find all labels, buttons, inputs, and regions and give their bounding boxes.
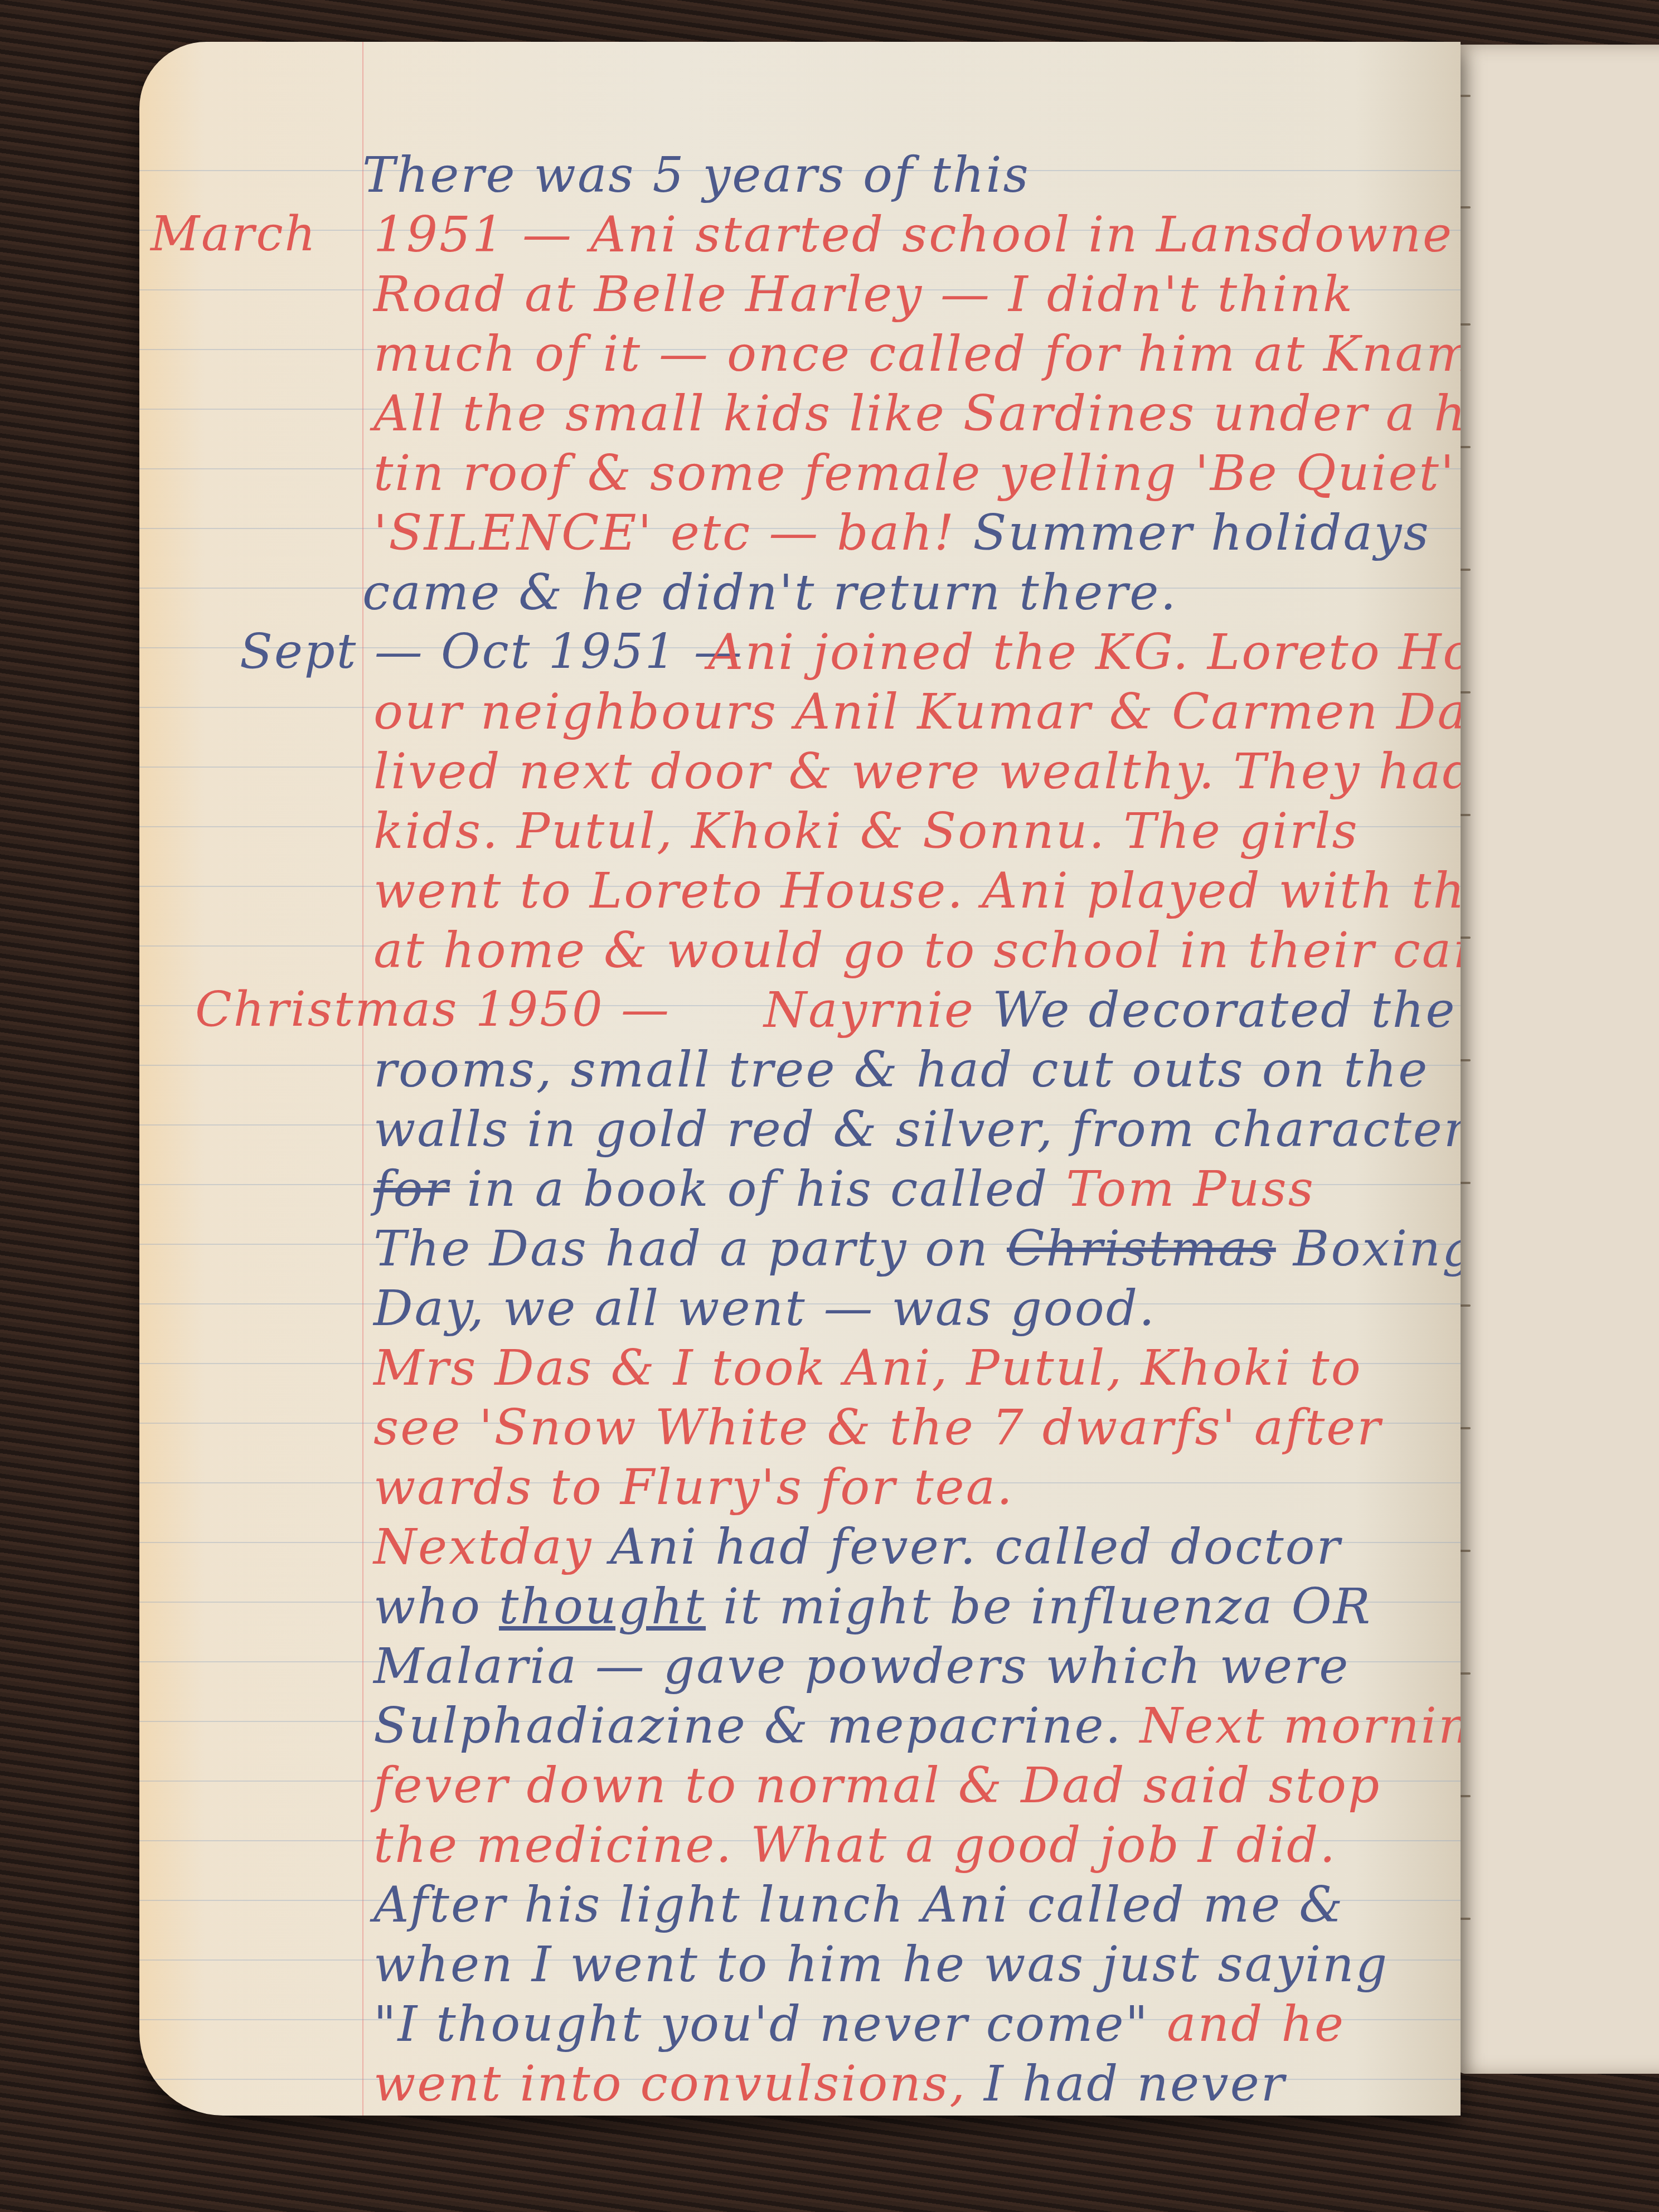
margin-rule: [362, 42, 363, 2116]
text-tail: I had never: [984, 2055, 1286, 2112]
text-content: came & he didn't return there.: [362, 564, 1177, 621]
text-line: came & he didn't return there.: [362, 568, 1177, 617]
text-content: fever down to normal & Dad said stop: [373, 1757, 1381, 1814]
text-line: All the small kids like Sardines under a…: [373, 389, 1461, 438]
text-line: After his light lunch Ani called me &: [373, 1880, 1345, 1929]
text-content: Malaria — gave powders which were: [373, 1637, 1350, 1695]
text-content: walls in gold red & silver, from charact…: [373, 1100, 1461, 1158]
struck-word: Christmas: [1007, 1220, 1276, 1277]
text-line: 'SILENCE' etc — bah! Summer holidays: [373, 508, 1430, 557]
text-line: went to Loreto House. Ani played with th…: [373, 866, 1461, 915]
margin-date: Sept — Oct 1951 —: [240, 628, 744, 676]
text-content: 1951 — Ani started school in Lansdowne: [373, 206, 1453, 263]
text-content: After his light lunch Ani called me &: [373, 1876, 1345, 1933]
margin-date: March: [151, 210, 317, 258]
text-content: the medicine. What a good job I did.: [373, 1816, 1337, 1874]
notebook-page: There was 5 years of thisMarch1951 — Ani…: [139, 42, 1461, 2116]
text-line: the medicine. What a good job I did.: [373, 1821, 1337, 1870]
text-line: rooms, small tree & had cut outs on the: [373, 1045, 1429, 1094]
text-tail: Summer holidays: [973, 504, 1430, 561]
text-content: Day, we all went — was good.: [373, 1279, 1156, 1337]
text-tail: We decorated the: [992, 981, 1456, 1039]
text-tail: Boxing: [1293, 1220, 1461, 1277]
text-content: 'SILENCE' etc — bah!: [373, 504, 955, 561]
text-content: when I went to him he was just saying: [373, 1935, 1389, 1993]
text-content: much of it — once called for him at Knam…: [373, 325, 1461, 382]
text-content: Mrs Das & I took Ani, Putul, Khoki to: [373, 1339, 1362, 1396]
text-line: Road at Belle Harley — I didn't think: [373, 270, 1354, 319]
text-content: "I thought you'd never come": [373, 1995, 1149, 2053]
text-content: who thought it might be influenza OR: [373, 1578, 1372, 1635]
text-line: much of it — once called for him at Knam…: [373, 329, 1461, 379]
text-content: went to Loreto House. Ani played with th…: [373, 862, 1461, 919]
text-content: The Das had a party on: [373, 1220, 989, 1277]
text-line: Mrs Das & I took Ani, Putul, Khoki to: [373, 1343, 1362, 1393]
text-tail: Next morning: [1140, 1697, 1461, 1754]
text-content: went into convulsions,: [373, 2055, 967, 2112]
text-content: kids. Putul, Khoki & Sonnu. The girls: [373, 802, 1359, 860]
text-line: see 'Snow White & the 7 dwarfs' after: [373, 1403, 1382, 1452]
text-content: our neighbours Anil Kumar & Carmen Das: [373, 683, 1461, 740]
text-content: at home & would go to school in their ca…: [373, 921, 1461, 979]
text-line: tin roof & some female yelling 'Be Quiet…: [373, 449, 1456, 498]
struck-word: for: [373, 1160, 450, 1217]
text-content: Nextday: [373, 1518, 593, 1575]
text-content: There was 5 years of this: [362, 146, 1030, 203]
margin-date: Christmas 1950 —: [195, 986, 671, 1034]
text-content: seen this in anyone before, nor did: [373, 2114, 1298, 2116]
text-line: Ani joined the KG. Loreto House: [708, 628, 1461, 677]
text-content: Nayrnie: [764, 981, 975, 1039]
text-content: All the small kids like Sardines under a…: [373, 385, 1461, 442]
text-content: Sulphadiazine & mepacrine.: [373, 1697, 1123, 1754]
text-line: went into convulsions, I had never: [373, 2059, 1286, 2108]
text-content: lived next door & were wealthy. They had…: [373, 743, 1461, 800]
text-content: Ani joined the KG. Loreto House: [708, 623, 1461, 681]
text-line: who thought it might be influenza OR: [373, 1582, 1372, 1631]
text-content: rooms, small tree & had cut outs on the: [373, 1041, 1429, 1098]
text-line: Nextday Ani had fever. called doctor: [373, 1522, 1342, 1571]
text-line: Malaria — gave powders which were: [373, 1642, 1350, 1691]
text-line: when I went to him he was just saying: [373, 1940, 1389, 1989]
text-line: our neighbours Anil Kumar & Carmen Das: [373, 687, 1461, 736]
underlined-word: thought: [499, 1578, 706, 1635]
text-line: The Das had a party on Christmas Boxing: [373, 1224, 1461, 1273]
text-content: see 'Snow White & the 7 dwarfs' after: [373, 1399, 1382, 1456]
text-tail: Ani had fever. called doctor: [610, 1518, 1342, 1575]
text-line: at home & would go to school in their ca…: [373, 926, 1461, 975]
text-line: walls in gold red & silver, from charact…: [373, 1105, 1461, 1154]
text-line: "I thought you'd never come" and he: [373, 2000, 1345, 2049]
text-content: wards to Flury's for tea.: [373, 1458, 1014, 1516]
text-content: in a book of his called: [467, 1160, 1049, 1217]
text-line: 1951 — Ani started school in Lansdowne: [373, 210, 1453, 259]
text-line: for in a book of his called Tom Puss: [373, 1165, 1315, 1214]
text-tail: and he: [1167, 1995, 1345, 2053]
text-line: fever down to normal & Dad said stop: [373, 1761, 1381, 1810]
facing-page: [1455, 45, 1659, 2074]
text-line: lived next door & were wealthy. They had…: [373, 747, 1461, 796]
text-line: wards to Flury's for tea.: [373, 1463, 1014, 1512]
text-line: Day, we all went — was good.: [373, 1284, 1156, 1333]
text-content: Road at Belle Harley — I didn't think: [373, 265, 1354, 323]
text-line: kids. Putul, Khoki & Sonnu. The girls: [373, 807, 1359, 856]
text-line: Sulphadiazine & mepacrine. Next morning: [373, 1701, 1461, 1750]
text-content: tin roof & some female yelling 'Be Quiet…: [373, 444, 1456, 502]
text-tail: Tom Puss: [1066, 1160, 1314, 1217]
text-line: Nayrnie We decorated the: [764, 986, 1457, 1035]
text-line: There was 5 years of this: [362, 151, 1030, 200]
